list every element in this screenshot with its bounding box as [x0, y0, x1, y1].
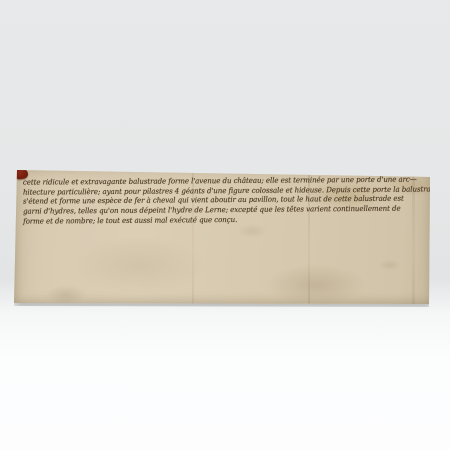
photo-background: cette ridicule et extravagante balustrad…: [0, 0, 450, 450]
manuscript-text: cette ridicule et extravagante balustrad…: [23, 174, 427, 226]
manuscript-paper: cette ridicule et extravagante balustrad…: [14, 169, 432, 306]
